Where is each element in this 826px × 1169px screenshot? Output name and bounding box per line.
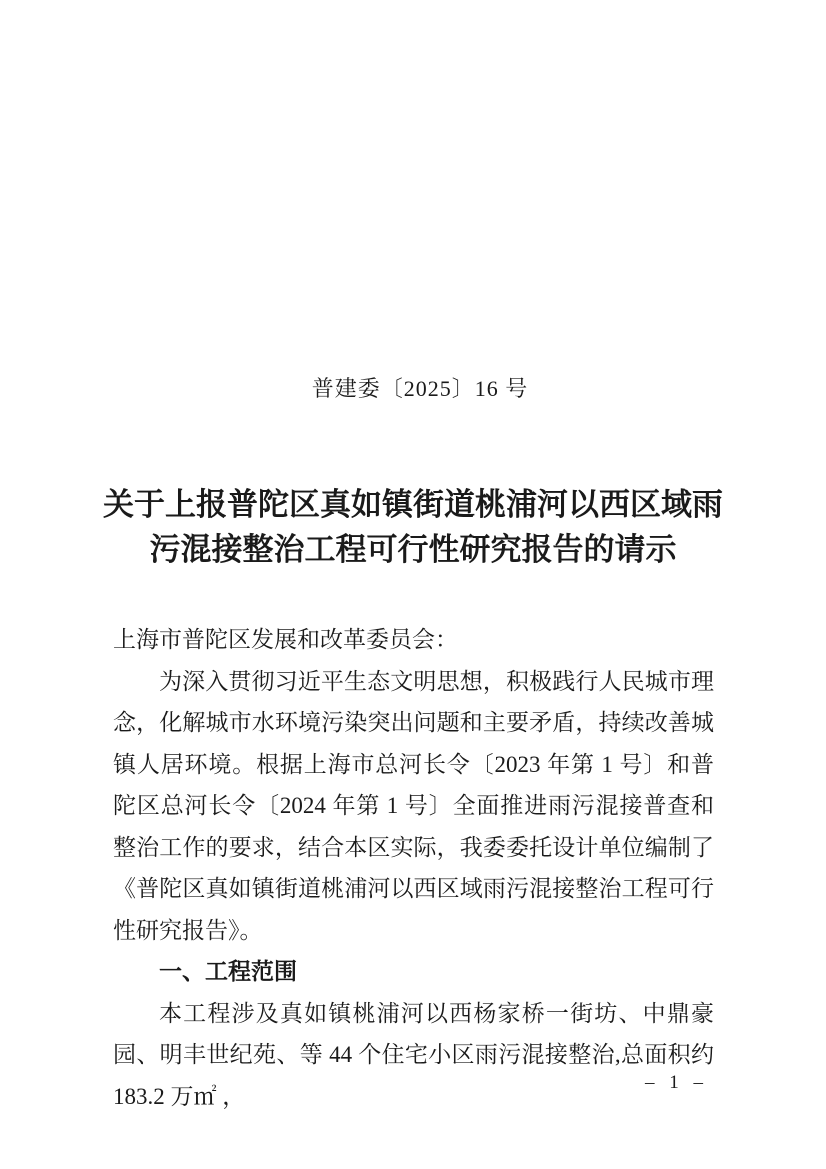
page-number: – 1 – (645, 1072, 708, 1094)
document-body: 上海市普陀区发展和改革委员会： 为深入贯彻习近平生态文明思想，积极践行人民城市理… (113, 619, 714, 1117)
document-number: 普建委〔2025〕16 号 (0, 372, 826, 403)
body-paragraph-1: 为深入贯彻习近平生态文明思想，积极践行人民城市理念，化解城市水环境污染突出问题和… (113, 661, 714, 952)
document-title-line-2: 污混接整治工程可行性研究报告的请示 (56, 527, 770, 572)
document-title-line-1: 关于上报普陀区真如镇街道桃浦河以西区域雨 (56, 482, 770, 527)
document-title: 关于上报普陀区真如镇街道桃浦河以西区域雨 污混接整治工程可行性研究报告的请示 (56, 482, 770, 572)
document-page: 普建委〔2025〕16 号 关于上报普陀区真如镇街道桃浦河以西区域雨 污混接整治… (0, 0, 826, 1169)
section-heading-project-scope: 一、工程范围 (113, 951, 714, 993)
body-paragraph-2: 本工程涉及真如镇桃浦河以西杨家桥一街坊、中鼎豪园、明丰世纪苑、等 44 个住宅小… (113, 993, 714, 1118)
salutation-line: 上海市普陀区发展和改革委员会： (113, 619, 714, 661)
